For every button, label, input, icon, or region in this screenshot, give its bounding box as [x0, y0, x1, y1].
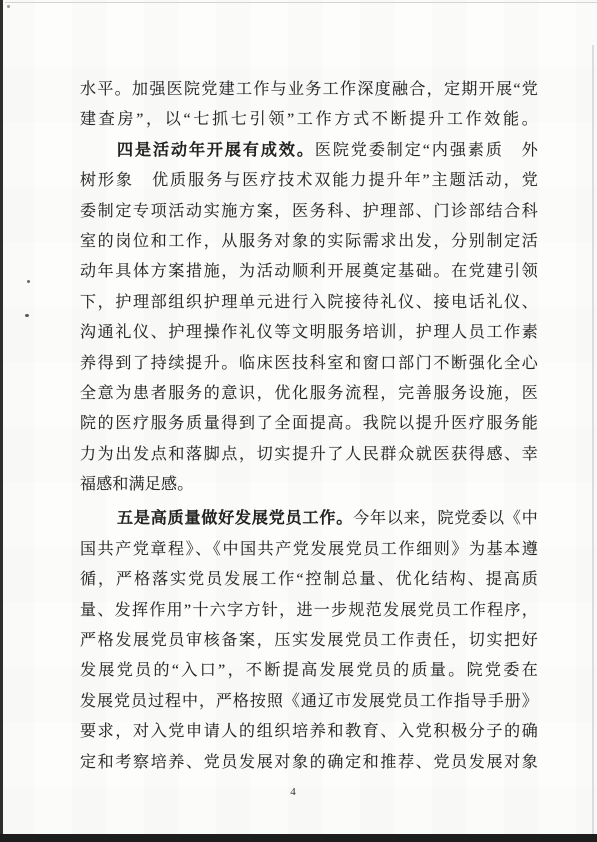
- body-text: 严格发展党员审核备案，压实发展党员工作责任，切实把好: [80, 632, 538, 649]
- body-text: 力为出发点和落脚点，切实提升了人民群众就医获得感、幸: [80, 446, 538, 463]
- body-text: 福感和满足感。: [80, 476, 193, 493]
- text-line: 力为出发点和落脚点，切实提升了人民群众就医获得感、幸: [80, 440, 538, 470]
- text-line: 福感和满足感。: [80, 470, 538, 500]
- body-text: 动年具体方案措施，为活动顺利开展奠定基础。在党建引领: [80, 263, 538, 280]
- document-body: 水平。加强医院党建工作与业务工作深度融合，定期开展“党建查房”，以“七抓七引领”…: [80, 75, 538, 778]
- page-number: 4: [0, 785, 586, 799]
- body-text: 水平。加强医院党建工作与业务工作深度融合，定期开展“党: [80, 81, 538, 98]
- text-line: 五是高质量做好发展党员工作。今年以来，院党委以《中: [80, 504, 538, 534]
- body-text: 今年以来，院党委以《中: [353, 510, 538, 527]
- body-text: 循，严格落实党员发展工作“控制总量、优化结构、提高质: [80, 571, 538, 588]
- body-text: 室的岗位和工作，从服务对象的实际需求出发，分别制定活: [80, 233, 538, 250]
- text-line: 建查房”，以“七抓七引领”工作方式不断提升工作效能。: [80, 105, 538, 135]
- body-text: 国共产党章程》、《中国共产党发展党员工作细则》为基本遵: [80, 541, 538, 558]
- scan-edge-left: [0, 0, 3, 842]
- bold-lead-in-text: 四是活动年开展有成效。: [117, 142, 315, 159]
- body-text: 发展党员的“入口”，不断提高发展党员的质量。院党委在: [80, 662, 538, 679]
- text-line: 四是活动年开展有成效。医院党委制定“内强素质 外: [80, 136, 538, 166]
- text-line: 循，严格落实党员发展工作“控制总量、优化结构、提高质: [80, 565, 538, 595]
- body-text: 院的医疗服务质量得到了全面提高。我院以提升医疗服务能: [80, 415, 538, 432]
- scan-edge-bottom: [0, 834, 597, 842]
- scan-speck: [27, 280, 30, 283]
- body-text: 养得到了持续提升。临床医技科室和窗口部门不断强化全心: [80, 355, 538, 372]
- body-text: 要求，对入党申请人的组织培养和教育、入党积极分子的确: [80, 723, 538, 740]
- body-text: 委制定专项活动实施方案，医务科、护理部、门诊部结合科: [80, 203, 538, 220]
- text-line: 委制定专项活动实施方案，医务科、护理部、门诊部结合科: [80, 197, 538, 227]
- scan-edge-right: [592, 45, 594, 834]
- scan-speck: [7, 5, 10, 8]
- text-line: 全意为患者服务的意识，优化服务流程，完善服务设施，医: [80, 379, 538, 409]
- text-line: 动年具体方案措施，为活动顺利开展奠定基础。在党建引领: [80, 257, 538, 287]
- bold-lead-in-text: 五是高质量做好发展党员工作。: [117, 510, 353, 527]
- body-text: 树形象 优质服务与医疗技术双能力提升年”主题活动，党: [80, 172, 538, 189]
- scan-speck: [25, 314, 29, 317]
- body-text: 下，护理部组织护理单元进行入院接待礼仪、接电话礼仪、: [80, 294, 538, 311]
- body-text: 沟通礼仪、护理操作礼仪等文明服务培训，护理人员工作素: [80, 324, 538, 341]
- text-line: 树形象 优质服务与医疗技术双能力提升年”主题活动，党: [80, 166, 538, 196]
- text-line: 国共产党章程》、《中国共产党发展党员工作细则》为基本遵: [80, 535, 538, 565]
- text-line: 水平。加强医院党建工作与业务工作深度融合，定期开展“党: [80, 75, 538, 105]
- body-text: 定和考察培养、党员发展对象的确定和推荐、党员发展对象: [80, 754, 538, 771]
- text-line: 要求，对入党申请人的组织培养和教育、入党积极分子的确: [80, 717, 538, 747]
- text-line: 沟通礼仪、护理操作礼仪等文明服务培训，护理人员工作素: [80, 318, 538, 348]
- text-line: 发展党员过程中，严格按照《通辽市发展党员工作指导手册》: [80, 687, 538, 717]
- text-line: 院的医疗服务质量得到了全面提高。我院以提升医疗服务能: [80, 409, 538, 439]
- text-line: 定和考察培养、党员发展对象的确定和推荐、党员发展对象: [80, 748, 538, 778]
- text-line: 室的岗位和工作，从服务对象的实际需求出发，分别制定活: [80, 227, 538, 257]
- body-text: 医院党委制定“内强素质 外: [315, 142, 538, 159]
- text-line: 量、发挥作用”十六字方针，进一步规范发展党员工作程序，: [80, 596, 538, 626]
- text-line: 发展党员的“入口”，不断提高发展党员的质量。院党委在: [80, 656, 538, 686]
- text-line: 养得到了持续提升。临床医技科室和窗口部门不断强化全心: [80, 349, 538, 379]
- text-line: 下，护理部组织护理单元进行入院接待礼仪、接电话礼仪、: [80, 288, 538, 318]
- scanned-document-page: 水平。加强医院党建工作与业务工作深度融合，定期开展“党建查房”，以“七抓七引领”…: [0, 0, 597, 842]
- body-text: 全意为患者服务的意识，优化服务流程，完善服务设施，医: [80, 385, 538, 402]
- body-text: 量、发挥作用”十六字方针，进一步规范发展党员工作程序，: [80, 602, 538, 619]
- text-line: 严格发展党员审核备案，压实发展党员工作责任，切实把好: [80, 626, 538, 656]
- body-text: 建查房”，以“七抓七引领”工作方式不断提升工作效能。: [80, 111, 538, 128]
- body-text: 发展党员过程中，严格按照《通辽市发展党员工作指导手册》: [80, 693, 538, 710]
- scan-edge-top: [5, 2, 597, 3]
